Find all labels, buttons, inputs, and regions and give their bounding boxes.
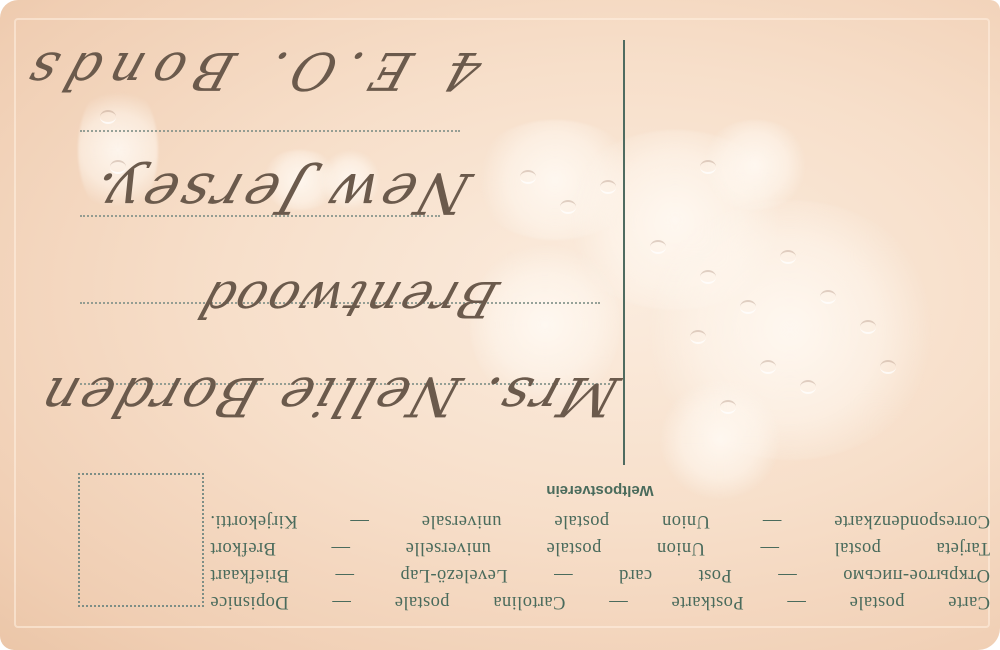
printed-line-3: Tarjeta postal — Union postale universel… [210,537,990,558]
message-address-divider [623,40,625,465]
stamp-box [78,473,204,607]
postcard-back: Carte postale — Postkarte — Cartolina po… [0,0,1000,650]
handwriting-recipient-town: Brentwood [191,270,505,328]
printed-line-4: Correspondenzkarte — Union postale unive… [210,510,990,531]
printed-header: Carte postale — Postkarte — Cartolina po… [210,470,990,620]
printed-heading: Weltpostverein [210,482,990,499]
printed-line-2: Открытое-письмо — Post card — Levelezö-L… [210,564,990,585]
handwriting-recipient-state: New Jersey. [79,160,478,225]
printed-line-1: Carte postale — Postkarte — Cartolina po… [210,591,990,612]
address-line-1 [80,130,460,132]
handwriting-sender-line: 4 E.O. Bonds [10,40,489,100]
handwriting-recipient-name: Mrs. Nellie Borden [30,365,627,428]
